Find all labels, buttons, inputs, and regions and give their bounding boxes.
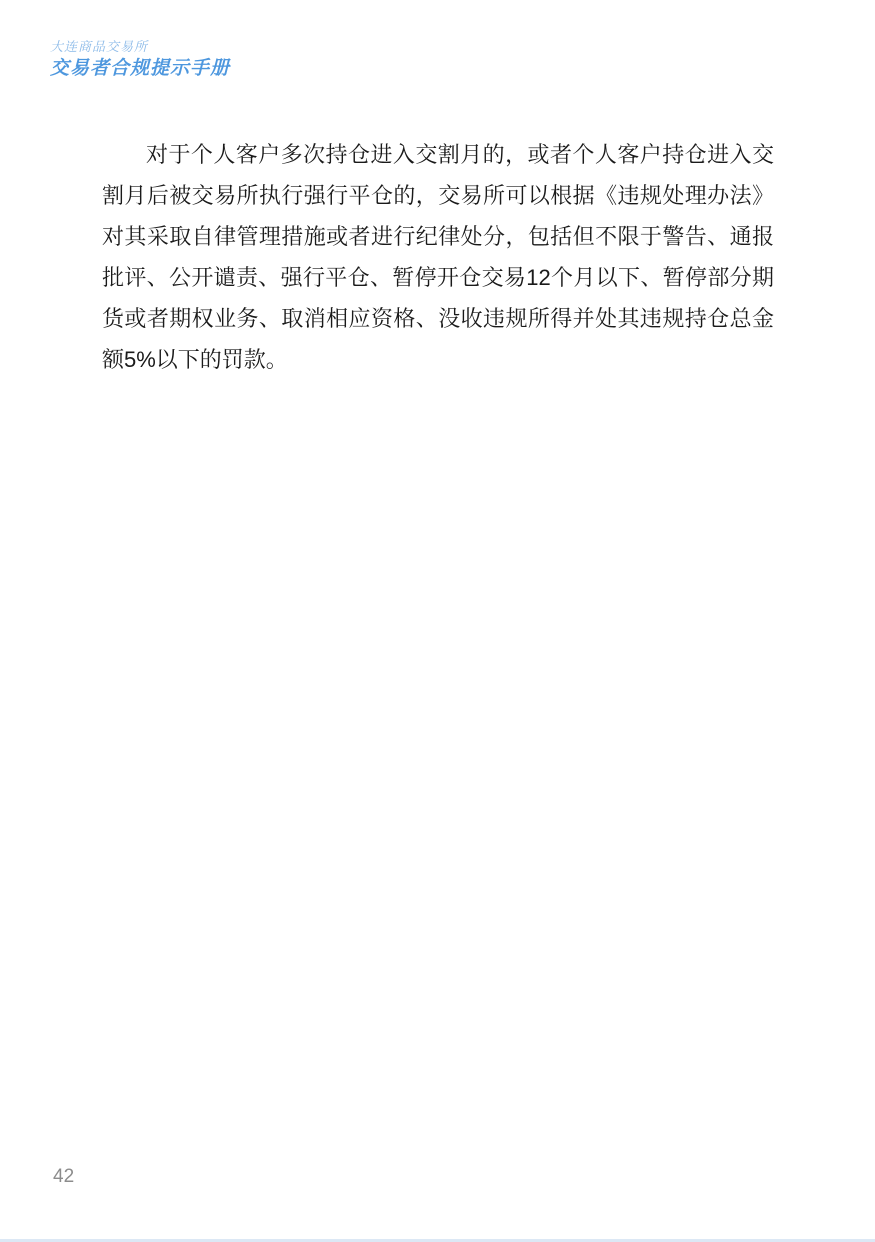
- body-paragraph: 对于个人客户多次持仓进入交割月的，或者个人客户持仓进入交割月后被交易所执行强行平…: [102, 134, 774, 380]
- exchange-name: 大连商品交易所: [50, 38, 230, 55]
- document-page: 大连商品交易所 交易者合规提示手册 对于个人客户多次持仓进入交割月的，或者个人客…: [0, 0, 875, 1242]
- page-number: 42: [53, 1166, 74, 1188]
- handbook-title: 交易者合规提示手册: [50, 57, 230, 81]
- page-header: 大连商品交易所 交易者合规提示手册: [50, 38, 230, 81]
- page-content: 对于个人客户多次持仓进入交割月的，或者个人客户持仓进入交割月后被交易所执行强行平…: [102, 134, 774, 380]
